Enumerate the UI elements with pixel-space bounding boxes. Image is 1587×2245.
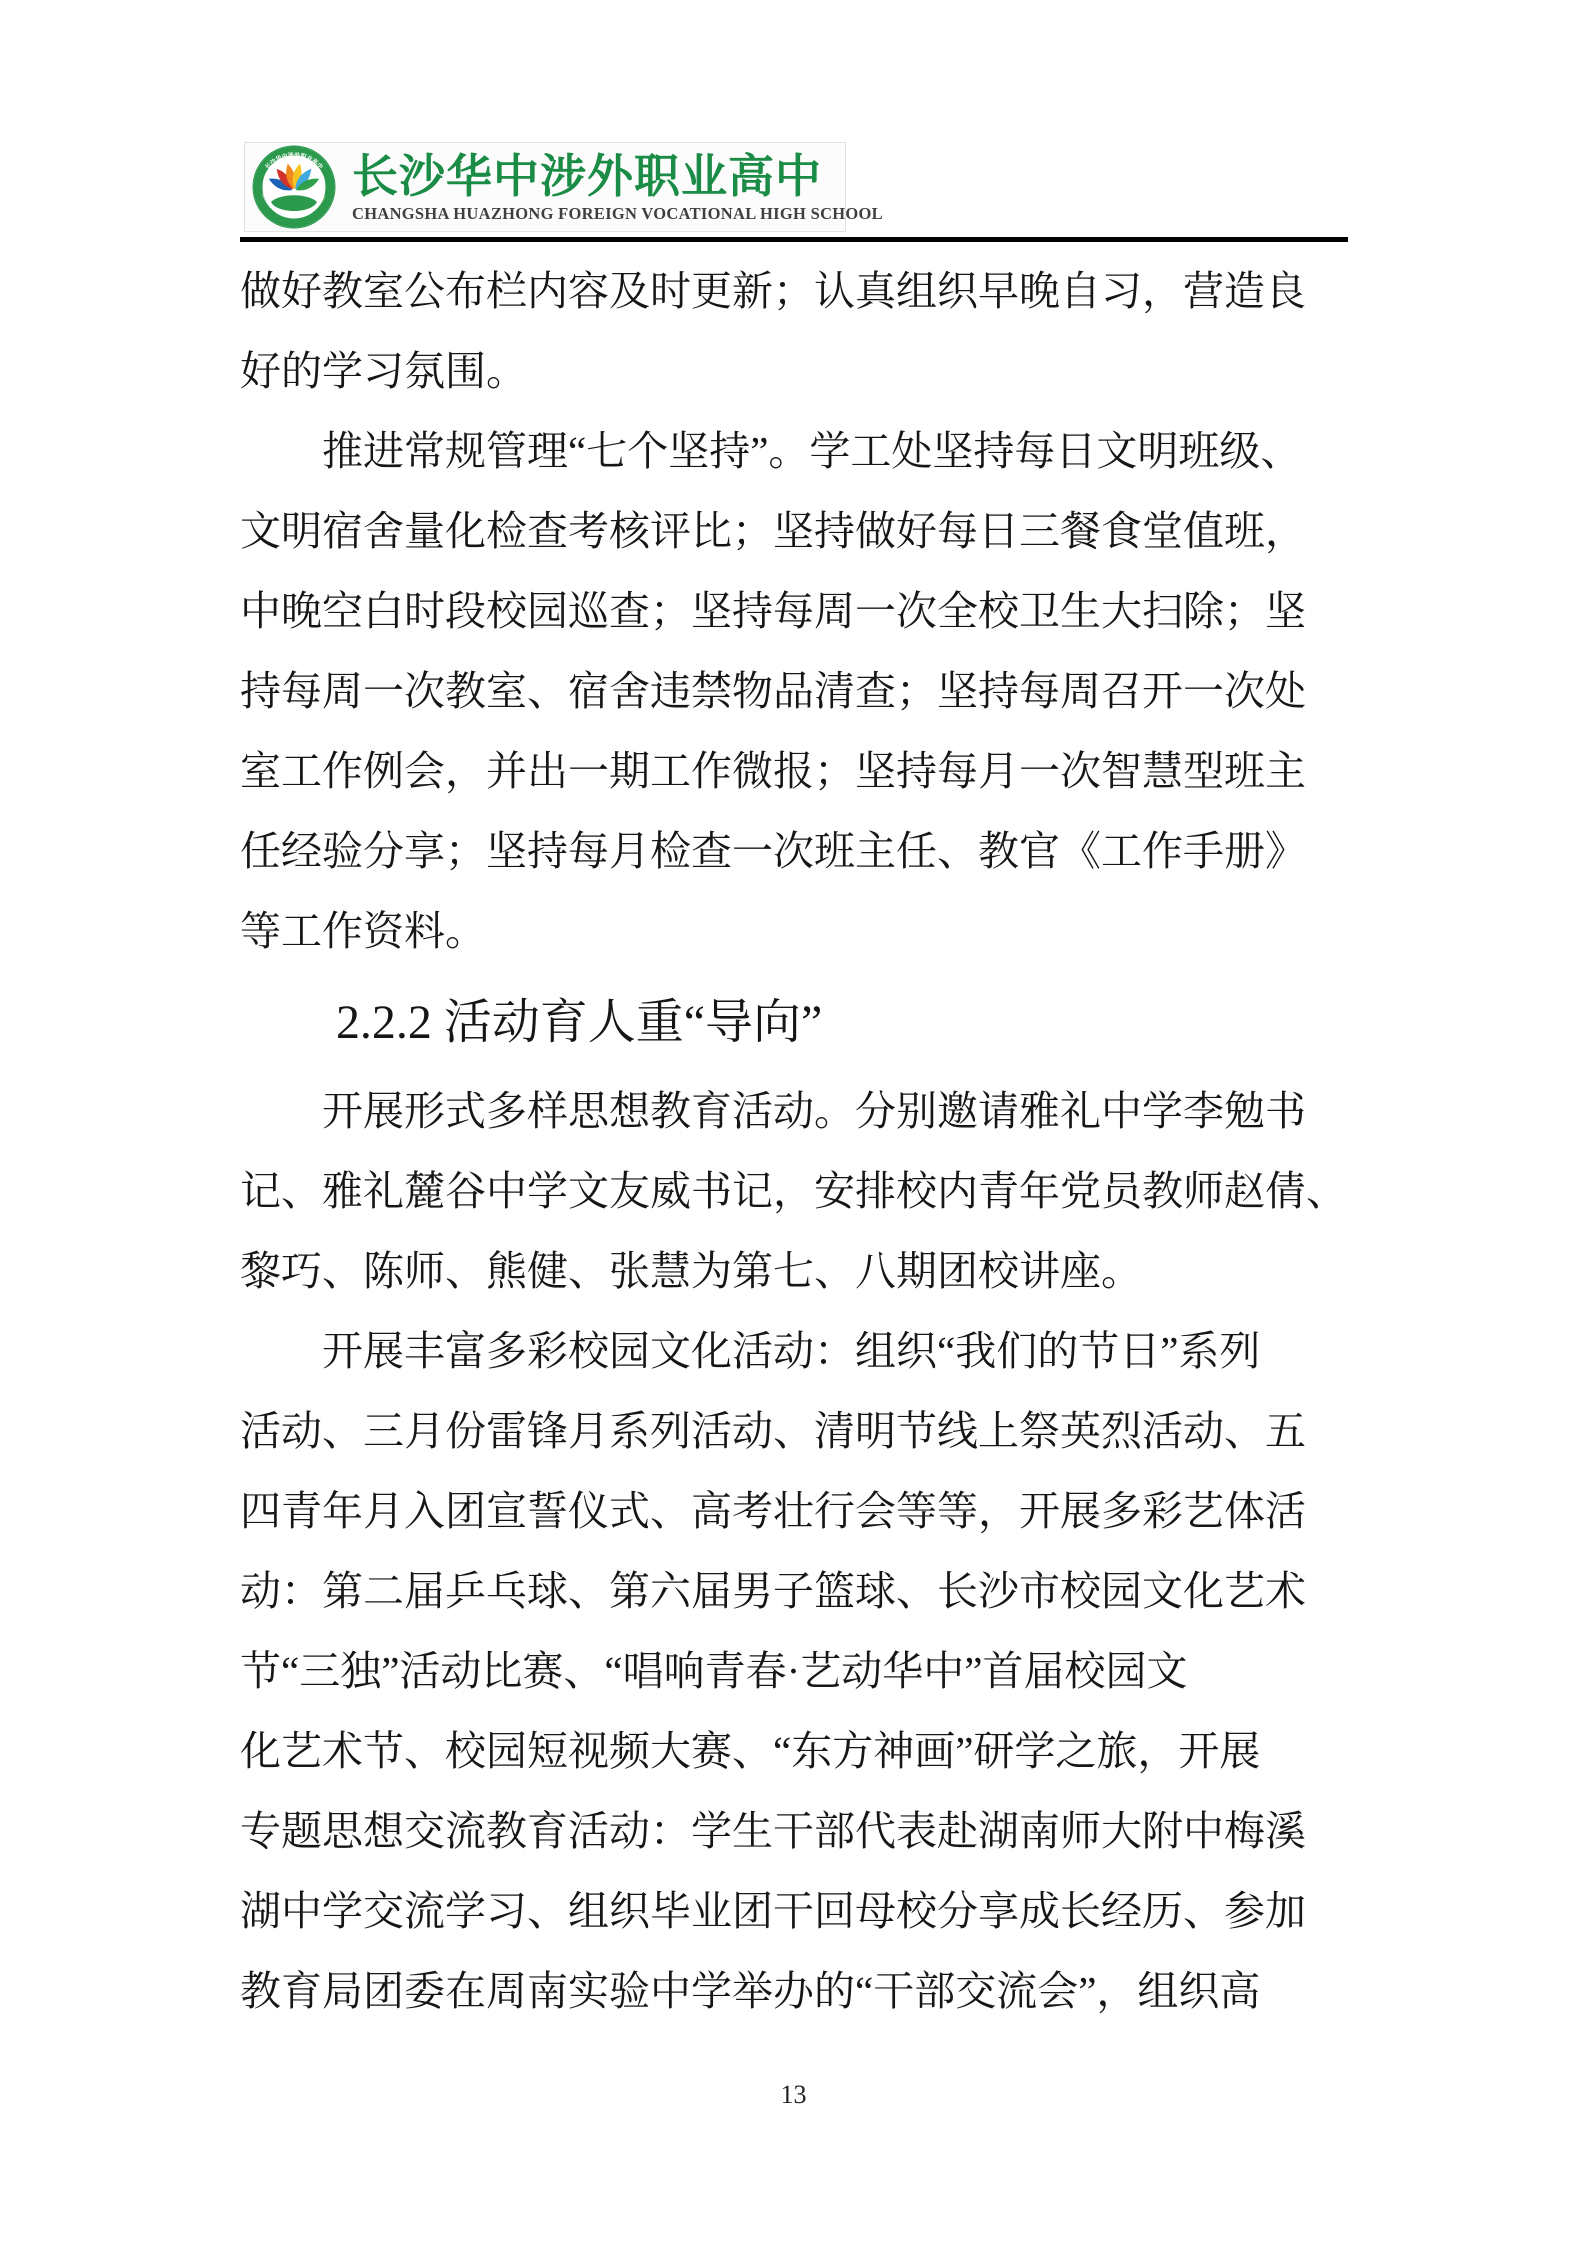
paragraph-classroom-bulletin: 做好教室公布栏内容及时更新；认真组织早晚自习，营造良 好的学习氛围。 — [240, 251, 1390, 411]
paragraph-campus-culture-activities: 开展丰富多彩校园文化活动：组织“我们的节日”系列 活动、三月份雷锋月系列活动、清… — [240, 1311, 1390, 2031]
school-name-block: 长沙华中涉外职业高中 CHANGSHA HUAZHONG FOREIGN VOC… — [352, 152, 883, 223]
school-name-chinese: 长沙华中涉外职业高中 — [352, 152, 883, 202]
paragraph-ideology-education: 开展形式多样思想教育活动。分别邀请雅礼中学李勉书 记、雅礼麓谷中学文友威书记，安… — [240, 1071, 1390, 1311]
document-body: 做好教室公布栏内容及时更新；认真组织早晚自习，营造良 好的学习氛围。 推进常规管… — [240, 251, 1390, 2031]
page-number: 13 — [0, 2080, 1587, 2110]
paragraph-seven-persistences: 推进常规管理“七个坚持”。学工处坚持每日文明班级、 文明宿舍量化检查考核评比；坚… — [240, 411, 1390, 971]
school-emblem-icon: 长沙华中涉外职业高中 CHANGSHA HUAZHONG FOREIGN VOC… — [252, 145, 336, 229]
section-heading-2-2-2: 2.2.2 活动育人重“导向” — [240, 983, 1390, 1063]
school-name-english: CHANGSHA HUAZHONG FOREIGN VOCATIONAL HIG… — [352, 205, 883, 223]
header-divider-line — [240, 237, 1348, 242]
document-page: 长沙华中涉外职业高中 CHANGSHA HUAZHONG FOREIGN VOC… — [0, 0, 1587, 2245]
school-logo-banner: 长沙华中涉外职业高中 CHANGSHA HUAZHONG FOREIGN VOC… — [244, 142, 846, 232]
